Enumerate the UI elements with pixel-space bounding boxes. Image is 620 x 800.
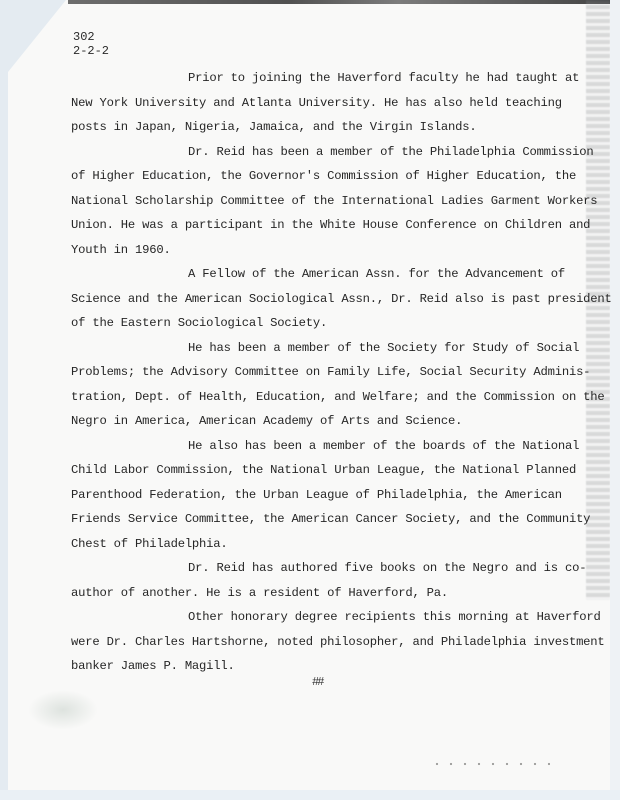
text-line: Negro in America, American Academy of Ar… xyxy=(71,409,601,434)
text-line: A Fellow of the American Assn. for the A… xyxy=(71,262,601,287)
text-line: Chest of Philadelphia. xyxy=(71,532,601,557)
paragraph-other-recipients: Other honorary degree recipients this mo… xyxy=(71,605,601,679)
text-line: Prior to joining the Haverford faculty h… xyxy=(71,66,601,91)
paragraph-teaching: Prior to joining the Haverford faculty h… xyxy=(71,66,601,140)
scan-background-bottom xyxy=(0,790,620,800)
text-line: Problems; the Advisory Committee on Fami… xyxy=(71,360,601,385)
text-line: Other honorary degree recipients this mo… xyxy=(71,605,601,630)
text-line: posts in Japan, Nigeria, Jamaica, and th… xyxy=(71,115,601,140)
page-number: 302 xyxy=(73,30,109,44)
text-line: National Scholarship Committee of the In… xyxy=(71,189,601,214)
paragraph-memberships: He has been a member of the Society for … xyxy=(71,336,601,434)
text-line: Dr. Reid has been a member of the Philad… xyxy=(71,140,601,165)
paragraph-books: Dr. Reid has authored five books on the … xyxy=(71,556,601,605)
text-line: Science and the American Sociological As… xyxy=(71,287,601,312)
text-line: banker James P. Magill. xyxy=(71,654,601,679)
paragraph-commissions: Dr. Reid has been a member of the Philad… xyxy=(71,140,601,263)
text-line: Parenthood Federation, the Urban League … xyxy=(71,483,601,508)
end-of-release-mark: ## xyxy=(312,675,322,689)
text-line: Union. He was a participant in the White… xyxy=(71,213,601,238)
paragraph-fellowships: A Fellow of the American Assn. for the A… xyxy=(71,262,601,336)
text-line: He has been a member of the Society for … xyxy=(71,336,601,361)
paper-stain xyxy=(28,690,98,730)
scan-background-right xyxy=(610,0,620,800)
text-line: Child Labor Commission, the National Urb… xyxy=(71,458,601,483)
page-reference: 2-2-2 xyxy=(73,44,109,58)
text-line: of Higher Education, the Governor's Comm… xyxy=(71,164,601,189)
text-line: Friends Service Committee, the American … xyxy=(71,507,601,532)
page-header: 302 2-2-2 xyxy=(73,30,109,58)
text-line: Dr. Reid has authored five books on the … xyxy=(71,556,601,581)
text-line: of the Eastern Sociological Society. xyxy=(71,311,601,336)
document-body: Prior to joining the Haverford faculty h… xyxy=(71,66,601,679)
paragraph-boards: He also has been a member of the boards … xyxy=(71,434,601,557)
text-line: Youth in 1960. xyxy=(71,238,601,263)
text-line: were Dr. Charles Hartshorne, noted philo… xyxy=(71,630,601,655)
text-line: New York University and Atlanta Universi… xyxy=(71,91,601,116)
text-line: tration, Dept. of Health, Education, and… xyxy=(71,385,601,410)
scan-top-edge xyxy=(68,0,618,4)
text-line: author of another. He is a resident of H… xyxy=(71,581,601,606)
text-line: He also has been a member of the boards … xyxy=(71,434,601,459)
scan-specks xyxy=(430,760,550,768)
